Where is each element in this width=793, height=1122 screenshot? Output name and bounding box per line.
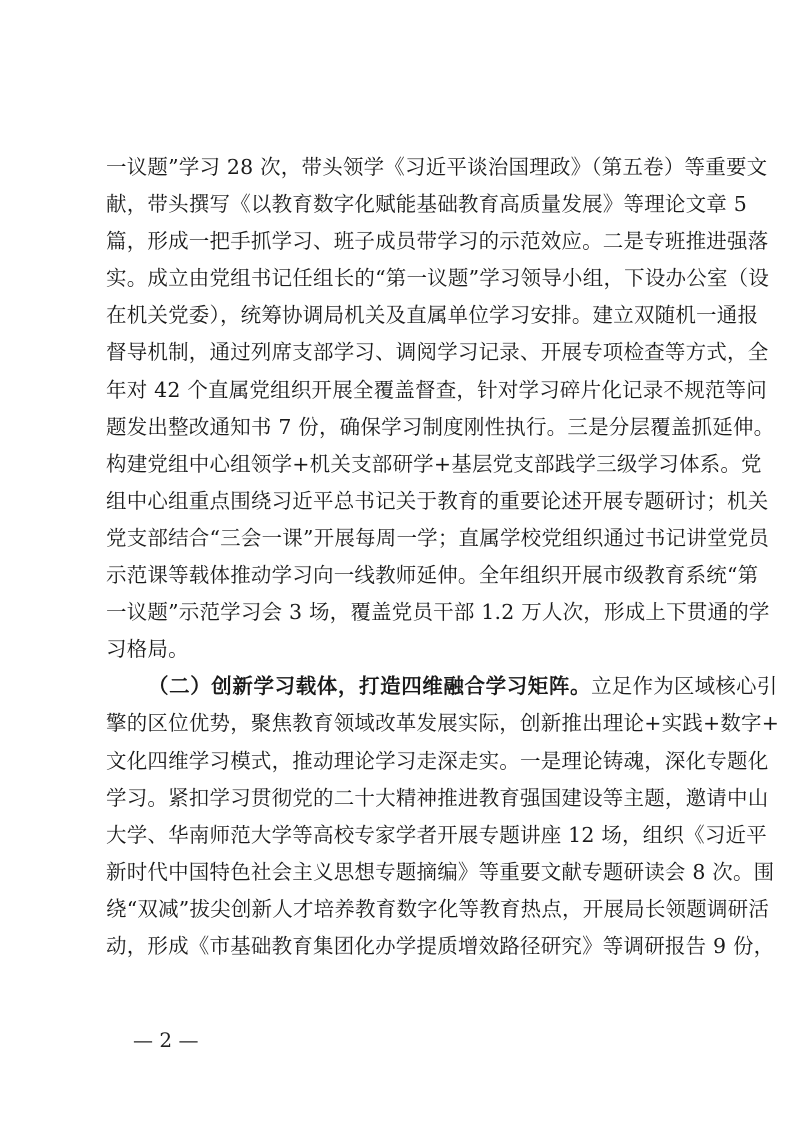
text-line: 示范课等载体推动学习向一线教师延伸。全年组织开展市级教育系统“第 xyxy=(106,557,694,594)
text-line: 动，形成《市基础教育集团化办学提质增效路径研究》等调研报告 9 份， xyxy=(106,928,694,965)
text-line: 构建党组中心组领学+机关支部研学+基层党支部践学三级学习体系。党 xyxy=(106,446,694,483)
text-line: 献，带头撰写《以教育数字化赋能基础教育高质量发展》等理论文章 5 xyxy=(106,186,694,223)
text-line: 文化四维学习模式，推动理论学习走深走实。一是理论铸魂，深化专题化 xyxy=(106,743,694,780)
text-line: 年对 42 个直属党组织开展全覆盖督查，针对学习碎片化记录不规范等问 xyxy=(106,372,694,409)
text-line: 大学、华南师范大学等高校专家学者开展专题讲座 12 场，组织《习近平 xyxy=(106,817,694,854)
text-line: 绕“双减”拔尖创新人才培养教育数字化等教育热点，开展局长领题调研活 xyxy=(106,891,694,928)
text-line: 实。成立由党组书记任组长的“第一议题”学习领导小组，下设办公室（设 xyxy=(106,260,694,297)
page-number: — 2 — xyxy=(133,1028,198,1052)
section-heading-line: （二）创新学习载体，打造四维融合学习矩阵。立足作为区域核心引 xyxy=(106,668,694,705)
text-line: 题发出整改通知书 7 份，确保学习制度刚性执行。三是分层覆盖抓延伸。 xyxy=(106,409,694,446)
text-line: 党支部结合“三会一课”开展每周一学；直属学校党组织通过书记讲堂党员 xyxy=(106,520,694,557)
section-heading-continuation: 立足作为区域核心引 xyxy=(591,674,777,698)
document-page: 一议题”学习 28 次，带头领学《习近平谈治国理政》（第五卷）等重要文 献，带头… xyxy=(0,0,793,1122)
text-line: 一议题”学习 28 次，带头领学《习近平谈治国理政》（第五卷）等重要文 xyxy=(106,149,694,186)
text-line: 督导机制，通过列席支部学习、调阅学习记录、开展专项检查等方式，全 xyxy=(106,334,694,371)
text-line: 组中心组重点围绕习近平总书记关于教育的重要论述开展专题研讨；机关 xyxy=(106,483,694,520)
text-line: 学习。紧扣学习贯彻党的二十大精神推进教育强国建设等主题，邀请中山 xyxy=(106,780,694,817)
text-line: 篇，形成一把手抓学习、班子成员带学习的示范效应。二是专班推进强落 xyxy=(106,223,694,260)
text-line: 新时代中国特色社会主义思想专题摘编》等重要文献专题研读会 8 次。围 xyxy=(106,854,694,891)
text-line: 擎的区位优势，聚焦教育领域改革发展实际，创新推出理论+实践+数字+ xyxy=(106,705,694,742)
text-line: 在机关党委），统筹协调局机关及直属单位学习安排。建立双随机一通报 xyxy=(106,297,694,334)
text-line: 一议题”示范学习会 3 场，覆盖党员干部 1.2 万人次，形成上下贯通的学 xyxy=(106,594,694,631)
body-text: 一议题”学习 28 次，带头领学《习近平谈治国理政》（第五卷）等重要文 献，带头… xyxy=(106,149,694,965)
text-line: 习格局。 xyxy=(106,631,694,668)
section-heading: （二）创新学习载体，打造四维融合学习矩阵。 xyxy=(148,674,591,698)
